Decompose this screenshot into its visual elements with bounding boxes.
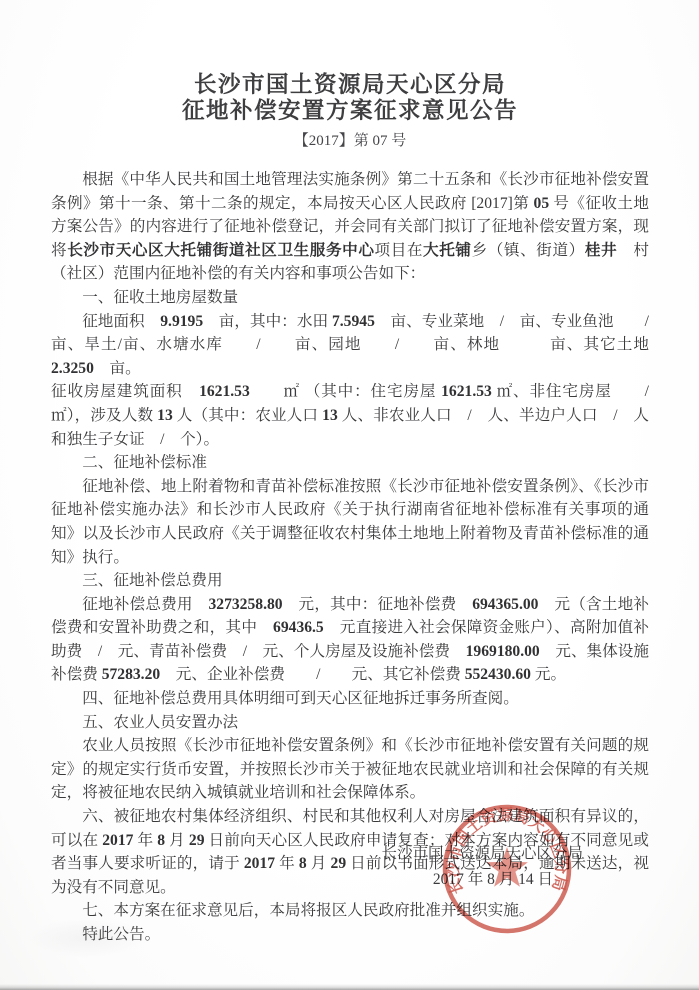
section-1-heading: 一、征收土地房屋数量 xyxy=(51,286,649,310)
seal-star-icon xyxy=(486,847,528,887)
resettlement-paragraph: 农业人员按照《长沙市征地补偿安置条例》和《长沙市征地补偿安置有关问题的规定》的规… xyxy=(51,734,649,805)
scan-bottom-shadow xyxy=(0,984,699,990)
official-seal: 长沙市国土资源局天心区分局 xyxy=(439,801,575,937)
compensation-standard-paragraph: 征地补偿、地上附着物和青苗补偿标准按照《长沙市征地补偿安置条例》、《长沙市征地补… xyxy=(51,475,649,569)
section-2-heading: 二、征地补偿标准 xyxy=(51,451,649,475)
document-title-line2: 征地补偿安置方案征求意见公告 xyxy=(51,98,649,124)
section-3-heading: 三、征地补偿总费用 xyxy=(51,569,649,593)
document-number: 【2017】第 07 号 xyxy=(51,131,649,151)
scan-smudge xyxy=(28,918,148,958)
land-area-paragraph: 征地面积 9.9195 亩，其中：水田 7.5945 亩、专业菜地 / 亩、专业… xyxy=(51,310,649,381)
intro-paragraph: 根据《中华人民共和国土地管理法实施条例》第二十五条和《长沙市征地补偿安置条例》第… xyxy=(51,168,649,286)
section-5-heading: 五、农业人员安置办法 xyxy=(51,711,649,735)
house-area-paragraph: 征收房屋建筑面积 1621.53 ㎡ （其中：住宅房屋 1621.53 ㎡、非住… xyxy=(51,380,649,451)
document-title-line1: 长沙市国土资源局天心区分局 xyxy=(51,72,649,98)
section-4-paragraph: 四、征地补偿总费用具体明细可到天心区征地拆迁事务所查阅。 xyxy=(51,687,649,711)
official-seal-graphic: 长沙市国土资源局天心区分局 xyxy=(439,801,575,937)
total-cost-paragraph: 征地补偿总费用 3273258.80 元，其中：征地补偿费 694365.00 … xyxy=(51,593,649,687)
scanned-document-page: 长沙市国土资源局天心区分局 征地补偿安置方案征求意见公告 【2017】第 07 … xyxy=(0,0,699,990)
